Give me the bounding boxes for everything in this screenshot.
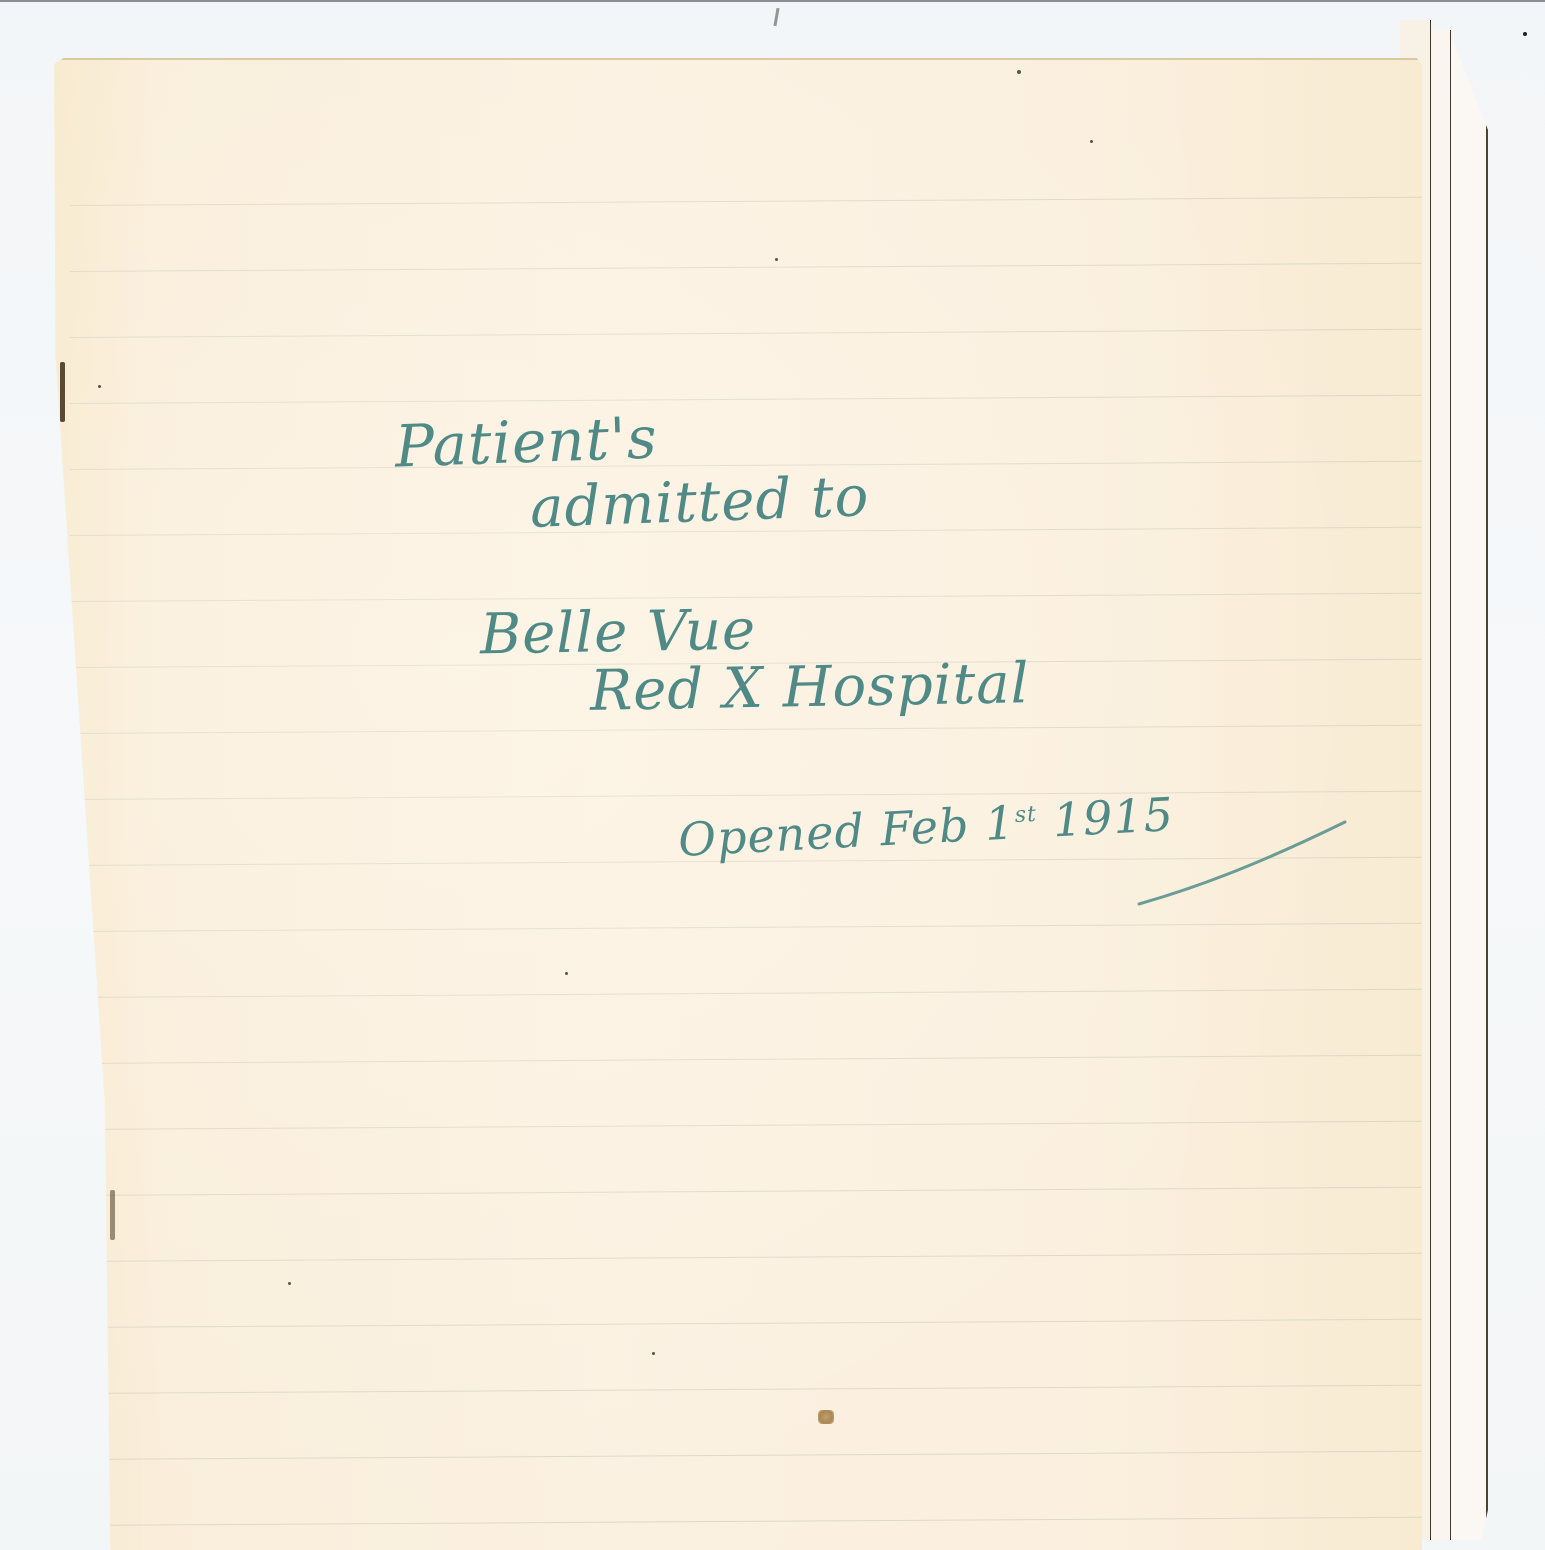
- handwritten-title-line-1: Patient's: [394, 403, 659, 480]
- notebook-cover-page: [50, 58, 1422, 1550]
- ruled-line: [70, 1385, 1422, 1394]
- ruled-line: [70, 263, 1422, 272]
- staple-bottom: [110, 1190, 115, 1240]
- ruled-line: [70, 1055, 1422, 1064]
- ruled-line: [70, 1451, 1422, 1460]
- ruled-line: [70, 197, 1422, 206]
- underline-flourish-icon: [1135, 818, 1350, 912]
- ruled-line: [70, 1517, 1422, 1526]
- staple-top: [60, 362, 65, 422]
- paper-speck: [652, 1352, 655, 1355]
- paper-speck: [288, 1282, 291, 1285]
- handwritten-hospital-name-line-2: Red X Hospital: [589, 651, 1030, 724]
- ruled-line: [70, 1121, 1422, 1130]
- paper-speck: [98, 385, 101, 388]
- ruled-line: [70, 989, 1422, 998]
- ruled-line: [70, 395, 1422, 404]
- ruled-line: [70, 1253, 1422, 1262]
- corner-speck: [1523, 32, 1527, 36]
- date-ordinal: st: [1014, 802, 1037, 828]
- stamp-mark: [818, 1410, 834, 1424]
- ruled-line: [70, 791, 1422, 800]
- ruled-line: [70, 923, 1422, 932]
- ruled-line: [70, 1319, 1422, 1328]
- ruled-line: [70, 1187, 1422, 1196]
- paper-speck: [565, 972, 568, 975]
- paper-speck: [775, 258, 778, 261]
- handwritten-title-line-2: admitted to: [529, 464, 870, 541]
- ruled-line: [70, 329, 1422, 338]
- ruled-line: [70, 725, 1422, 734]
- paper-speck: [1017, 70, 1021, 74]
- paper-speck: [1090, 140, 1093, 143]
